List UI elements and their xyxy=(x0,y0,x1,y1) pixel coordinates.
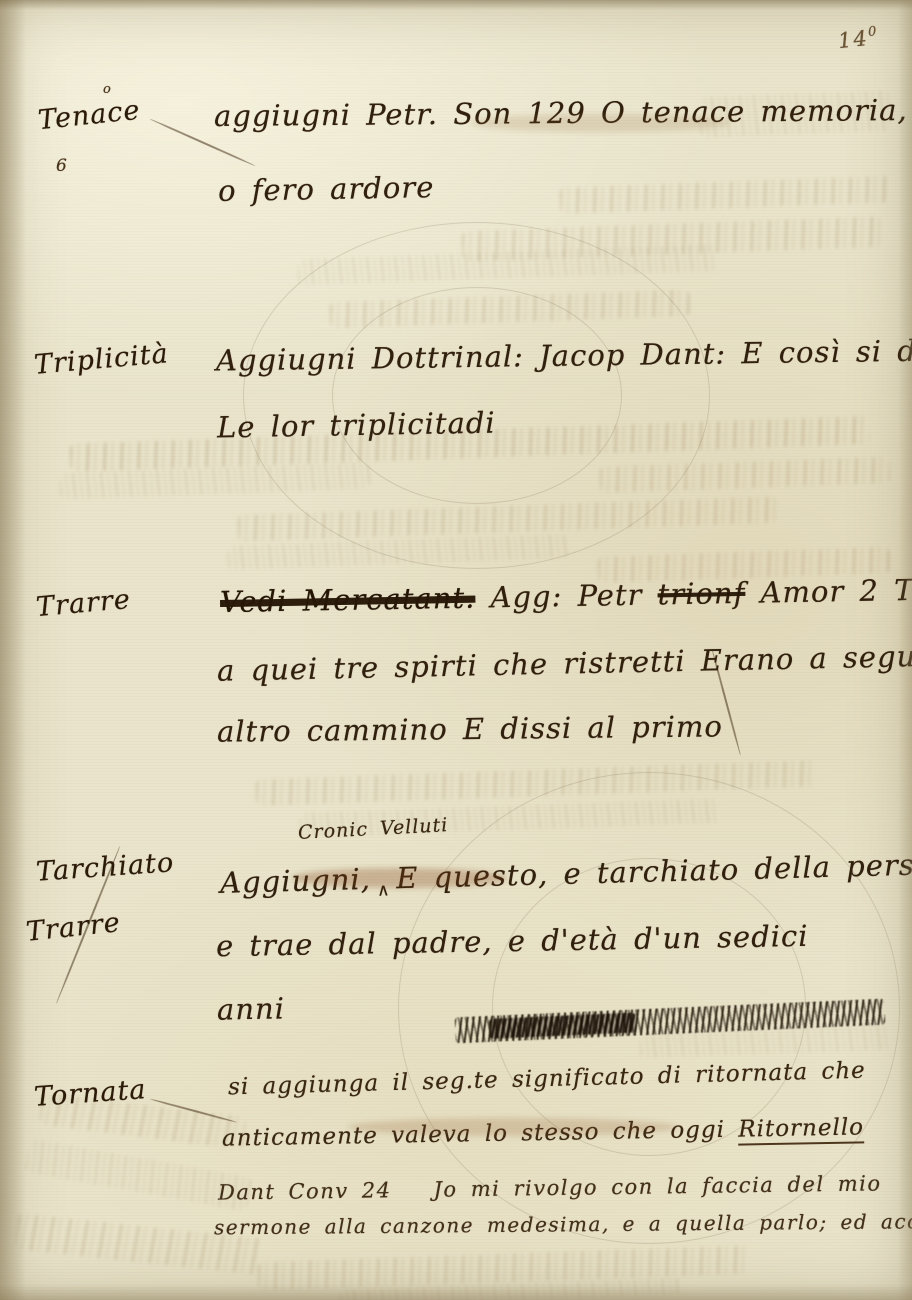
headword-trarre-2: Trarre xyxy=(25,907,123,948)
headword-triplicita: Triplicità xyxy=(33,338,170,381)
cancelled-words: Vedi Mercatant. xyxy=(220,581,476,619)
entry-tornata-line-3-text: Jo mi rivolgo con la faccia del mio xyxy=(433,1171,881,1201)
margin-mark-below-tenace: 6 xyxy=(56,156,68,176)
headword-trarre: Trarre xyxy=(35,584,132,623)
headword-tenace: Tenace xyxy=(37,95,142,137)
entry-tornata-line-4: sermone alla canzone medesima, e a quell… xyxy=(214,1209,912,1240)
entry-trarre-line-1-text-a: Agg: Petr xyxy=(490,578,643,615)
entry-trarre-line-3: altro cammino E dissi al primo xyxy=(217,709,723,748)
verso-bleedthrough xyxy=(560,176,891,214)
citation-dant-conv: Dant Conv 24 xyxy=(218,1178,392,1204)
folio-number-superscript: 0 xyxy=(867,24,879,40)
folio-number-main: 14 xyxy=(837,26,870,53)
ink-smudge xyxy=(348,1118,678,1136)
entry-trarre-line-2: a quei tre spirti che ristretti Erano a … xyxy=(217,638,912,688)
ink-smudge xyxy=(292,868,507,888)
entry-tarchiato-line-3: anni xyxy=(217,991,286,1026)
folio-number: 140 xyxy=(837,24,880,53)
ink-smudge xyxy=(470,114,730,132)
page-edge-shadow-right xyxy=(898,0,912,1300)
entry-tenace-line-2: o fero ardore xyxy=(218,170,435,208)
entry-trarre-line-1: Vedi Mercatant. Agg: Petr trionf Amor 2 … xyxy=(220,571,912,619)
margin-mark-above-tenace: o xyxy=(103,82,112,97)
cancelled-word-trionf: trionf xyxy=(657,576,745,612)
manuscript-page: 140 o 6 Tenace aggiugni Petr. Son 129 O … xyxy=(0,0,912,1300)
page-edge-shadow-top xyxy=(0,0,912,10)
entry-triplicita-line-2: Le lor triplicitadi xyxy=(217,406,496,445)
page-edge-shadow-left xyxy=(0,0,26,1300)
page-edge-shadow-bottom xyxy=(0,1284,912,1300)
entry-trarre-line-1-text-b: Amor 2 Trassimi xyxy=(760,571,912,610)
underlined-word-ritornello: Ritornello xyxy=(738,1114,864,1145)
headword-tarchiato: Tarchiato xyxy=(35,847,175,888)
